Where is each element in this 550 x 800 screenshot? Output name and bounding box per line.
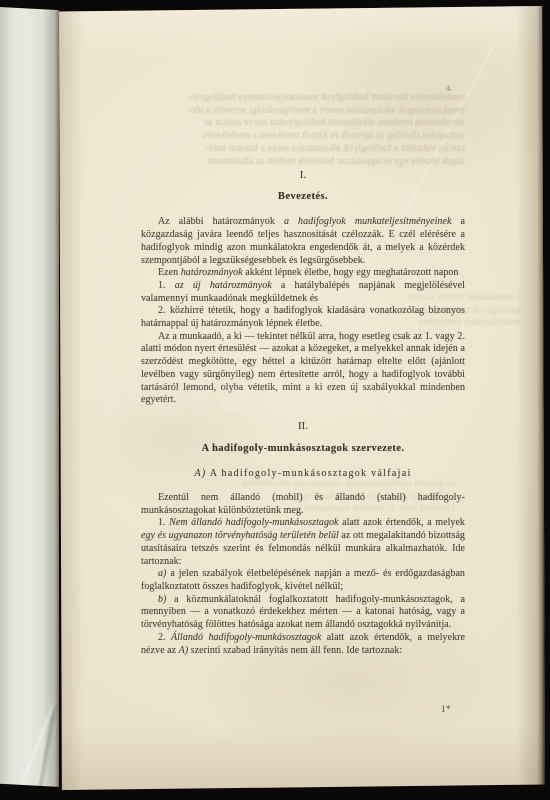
section-1-title: Bevezetés. (141, 191, 465, 204)
subsection-title: A) A hadifogoly-munkásosztagok válfajai (141, 468, 465, 481)
list-item: 2. Állandó hadifogoly-munkásosztagok ala… (141, 632, 465, 657)
list-item: b) a közmunkálatoknál foglalkoztatott ha… (141, 594, 465, 632)
scan-photo: 4. rendelkezésre bocsátott hadifoglyok m… (0, 0, 550, 800)
page-edge-shadow (537, 6, 545, 790)
facing-page-edge (0, 7, 59, 790)
document-text: I. Bevezetés. Az alábbi határozmányok a … (141, 169, 465, 657)
list-item: 1. az új határozmányok a hatálybalépés n… (141, 280, 465, 305)
page-number: 4. (446, 83, 452, 93)
list-item: 1. Nem állandó hadifogoly-munkásosztagok… (141, 517, 465, 568)
paragraph: Az alábbi határozmányok a hadifoglyok mu… (141, 216, 465, 267)
paragraph: Ezen határozmányok akként lépnek életbe,… (141, 267, 465, 280)
section-2-title: A hadifogoly-munkásosztagok szervezete. (141, 443, 465, 456)
bleedthrough-text-top: rendelkezésre bocsátott hadifoglyok munk… (141, 92, 465, 168)
paragraph: Ezentúl nem állandó (mobil) és állandó (… (141, 492, 465, 517)
paragraph: Az a munkaadó, a ki — tekintet nélkül ar… (141, 331, 465, 407)
signature-mark: 1* (441, 704, 451, 714)
section-2-number: II. (141, 420, 465, 433)
list-item: a) a jelen szabályok életbelépésének nap… (141, 568, 465, 593)
section-1-number: I. (141, 169, 465, 182)
list-item: 2. közhírré tétetik, hogy a hadifoglyok … (141, 305, 465, 330)
document-page: 4. rendelkezésre bocsátott hadifoglyok m… (59, 6, 545, 790)
